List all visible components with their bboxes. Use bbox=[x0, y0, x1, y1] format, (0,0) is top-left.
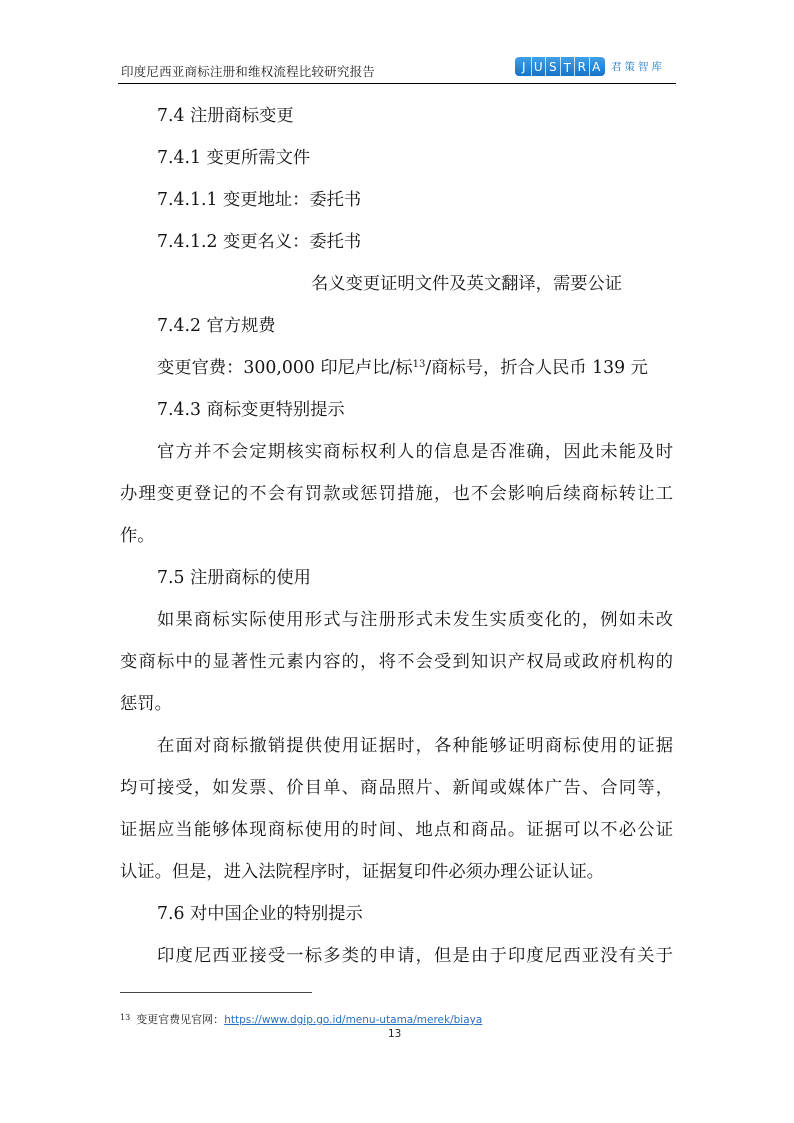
logo-letter: T bbox=[561, 57, 576, 76]
official-fee-line: 变更官费：300,000 印尼卢比/标13/商标号，折合人民币 139 元 bbox=[157, 357, 648, 379]
footnote-separator bbox=[120, 992, 312, 993]
justra-logo: J U S T R A 君策智库 bbox=[515, 56, 665, 77]
paragraph-line: 官方并不会定期核实商标权利人的信息是否准确，因此未能及时 bbox=[157, 441, 673, 463]
logo-letter: J bbox=[517, 57, 532, 76]
logo-chinese-name: 君策智库 bbox=[611, 59, 665, 74]
item-7-4-1-2-continued: 名义变更证明文件及英文翻译，需要公证 bbox=[311, 273, 622, 295]
logo-letter: U bbox=[532, 57, 547, 76]
paragraph-line: 办理变更登记的不会有罚款或惩罚措施，也不会影响后续商标转让工 bbox=[120, 483, 673, 505]
header-divider bbox=[118, 83, 676, 84]
logo-letter: S bbox=[546, 57, 561, 76]
paragraph-line: 证据应当能够体现商标使用的时间、地点和商品。证据可以不必公证 bbox=[120, 819, 673, 841]
paragraph-line: 认证。但是，进入法院程序时，证据复印件必须办理公证认证。 bbox=[120, 861, 604, 883]
section-heading-7-5: 7.5 注册商标的使用 bbox=[157, 567, 311, 589]
subsection-heading-7-4-3: 7.4.3 商标变更特别提示 bbox=[157, 399, 345, 421]
footnote-ref-13[interactable]: 13 bbox=[413, 359, 426, 370]
document-page: 印度尼西亚商标注册和维权流程比较研究报告 J U S T R A 君策智库 7.… bbox=[0, 0, 794, 1123]
section-heading-7-6: 7.6 对中国企业的特别提示 bbox=[157, 903, 363, 925]
running-header-title: 印度尼西亚商标注册和维权流程比较研究报告 bbox=[121, 64, 375, 80]
footnote-13: 13变更官费见官网：https://www.dgip.go.id/menu-ut… bbox=[120, 1011, 482, 1027]
official-fee-text: 变更官费：300,000 印尼卢比/标 bbox=[157, 358, 413, 378]
paragraph-line: 作。 bbox=[120, 525, 155, 547]
page-number: 13 bbox=[388, 1028, 401, 1040]
logo-letter: A bbox=[590, 57, 604, 76]
paragraph-line: 印度尼西亚接受一标多类的申请，但是由于印度尼西亚没有关于 bbox=[157, 945, 673, 967]
paragraph-line: 均可接受，如发票、价目单、商品照片、新闻或媒体广告、合同等， bbox=[120, 777, 673, 799]
item-7-4-1-1: 7.4.1.1 变更地址：委托书 bbox=[157, 189, 361, 211]
logo-letter: R bbox=[575, 57, 590, 76]
footnote-number: 13 bbox=[120, 1013, 130, 1022]
item-7-4-1-2: 7.4.1.2 变更名义：委托书 bbox=[157, 231, 361, 253]
subsection-heading-7-4-2: 7.4.2 官方规费 bbox=[157, 315, 276, 337]
logo-letter-box: J U S T R A bbox=[515, 57, 605, 76]
footnote-link[interactable]: https://www.dgip.go.id/menu-utama/merek/… bbox=[224, 1014, 482, 1026]
section-heading-7-4: 7.4 注册商标变更 bbox=[157, 105, 294, 127]
footnote-text: 变更官费见官网： bbox=[136, 1013, 224, 1026]
paragraph-line: 在面对商标撤销提供使用证据时，各种能够证明商标使用的证据 bbox=[157, 735, 673, 757]
paragraph-line: 如果商标实际使用形式与注册形式未发生实质变化的，例如未改 bbox=[157, 609, 673, 631]
paragraph-line: 惩罚。 bbox=[120, 693, 172, 715]
subsection-heading-7-4-1: 7.4.1 变更所需文件 bbox=[157, 147, 310, 169]
paragraph-line: 变商标中的显著性元素内容的，将不会受到知识产权局或政府机构的 bbox=[120, 651, 673, 673]
official-fee-text-rest: /商标号，折合人民币 139 元 bbox=[425, 358, 648, 378]
